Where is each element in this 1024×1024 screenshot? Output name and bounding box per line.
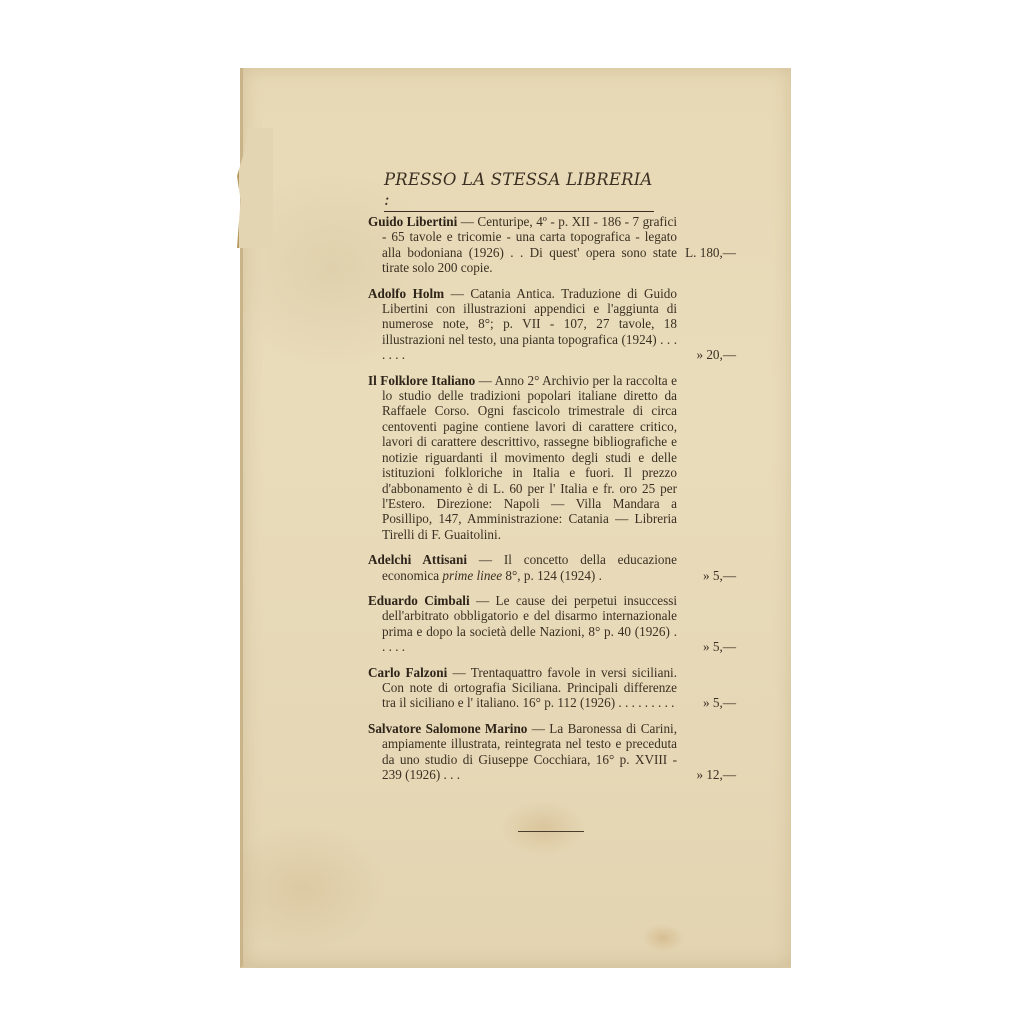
catalog-entry: Salvatore Salomone Marino — La Baronessa… bbox=[368, 721, 748, 783]
entry-price: » 5,— bbox=[703, 568, 736, 583]
entry-price: » 12,— bbox=[696, 767, 736, 782]
entry-author: Il Folklore Italiano bbox=[368, 373, 475, 388]
entry-author: Eduardo Cimbali bbox=[368, 593, 470, 608]
entry-description-tail: 8°, p. 124 (1924) . bbox=[502, 568, 602, 583]
entry-description: — Anno 2° Archivio per la raccolta e lo … bbox=[382, 373, 677, 542]
closing-rule bbox=[518, 831, 584, 832]
entry-author: Carlo Falzoni bbox=[368, 665, 447, 680]
catalog-entry: Il Folklore Italiano — Anno 2° Archivio … bbox=[368, 373, 748, 542]
entry-price: L. 180,— bbox=[685, 245, 736, 260]
catalog-entry: Eduardo Cimbali — Le cause dei perpetui … bbox=[368, 593, 748, 655]
entry-price: » 5,— bbox=[703, 639, 736, 654]
entry-author: Adolfo Holm bbox=[368, 286, 444, 301]
catalog-entry: Adelchi Attisani — Il concetto della edu… bbox=[368, 552, 748, 583]
catalog-list: Guido Libertini — Centuripe, 4º - p. XII… bbox=[368, 214, 748, 792]
page-heading: PRESSO LA STESSA LIBRERIA : bbox=[384, 170, 654, 212]
entry-price: » 20,— bbox=[696, 347, 736, 362]
entry-author: Guido Libertini bbox=[368, 214, 457, 229]
entry-author: Salvatore Salomone Marino bbox=[368, 721, 527, 736]
entry-price: » 5,— bbox=[703, 695, 736, 710]
catalog-entry: Guido Libertini — Centuripe, 4º - p. XII… bbox=[368, 214, 748, 276]
catalog-entry: Adolfo Holm — Catania Antica. Traduzione… bbox=[368, 286, 748, 363]
entry-subtitle: prime linee bbox=[442, 568, 502, 583]
torn-spine-edge bbox=[237, 128, 273, 248]
entry-author: Adelchi Attisani bbox=[368, 552, 467, 567]
catalog-entry: Carlo Falzoni — Trentaquattro favole in … bbox=[368, 665, 748, 711]
